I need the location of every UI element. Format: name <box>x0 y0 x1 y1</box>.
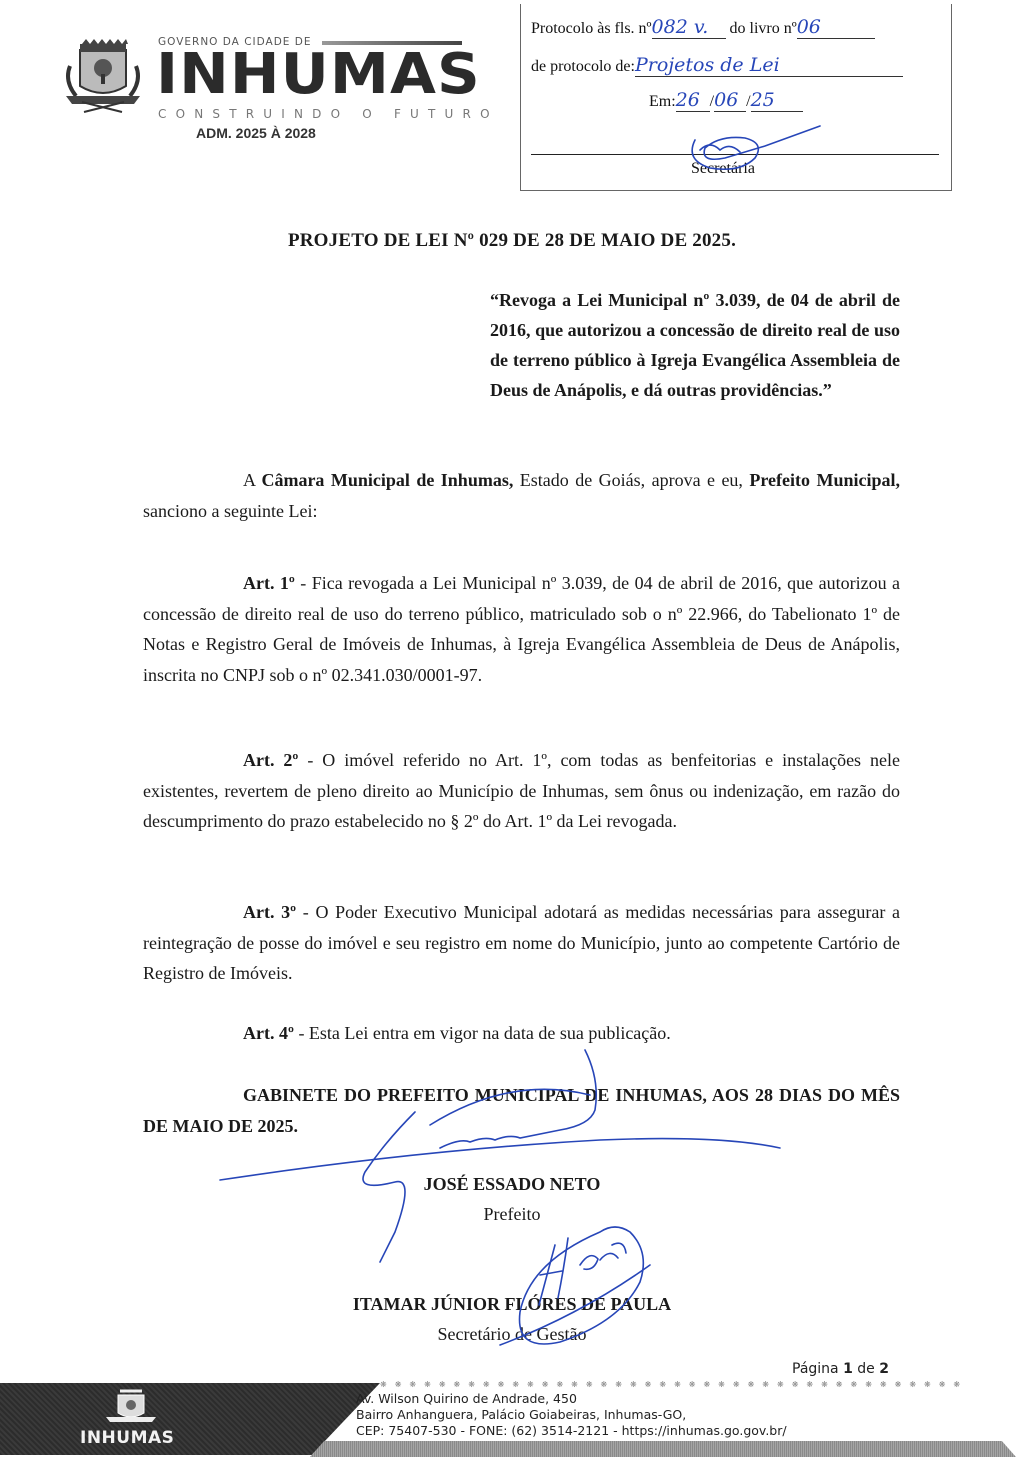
article-label: Art. 4º <box>243 1023 294 1043</box>
handwritten-signatures <box>0 0 1024 1458</box>
protocol-date-year: 25 <box>751 89 803 112</box>
document-ementa: “Revoga a Lei Municipal nº 3.039, de 04 … <box>490 285 900 405</box>
document-title: PROJETO DE LEI Nº 029 DE 28 DE MAIO DE 2… <box>0 230 1024 252</box>
page-total: 2 <box>879 1361 889 1377</box>
protocol-signature-label: Secretária <box>691 160 755 178</box>
page-number: Página 1 de 2 <box>792 1361 889 1377</box>
signatory-2-name: ITAMAR JÚNIOR FLÓRES DE PAULA <box>0 1294 1024 1315</box>
footer-decorative-band <box>310 1441 1016 1457</box>
page-current: 1 <box>843 1361 853 1377</box>
protocol-date-month: 06 <box>714 89 746 112</box>
article-text: - Esta Lei entra em vigor na data de sua… <box>294 1023 671 1043</box>
preamble-text: Estado de Goiás, aprova e eu, <box>513 470 749 490</box>
footer-address: Av. Wilson Quirino de Andrade, 450 Bairr… <box>356 1391 787 1439</box>
article-label: Art. 1º <box>243 573 295 593</box>
address-line-3: CEP: 75407-530 - FONE: (62) 3514-2121 - … <box>356 1423 787 1439</box>
article-2: Art. 2º - O imóvel referido no Art. 1º, … <box>143 745 900 837</box>
administration-period: ADM. 2025 À 2028 <box>196 125 316 141</box>
protocol-stamp-box: Protocolo às fls. nº082 v. do livro nº06… <box>520 4 952 191</box>
protocol-date-line: Em:26/06/25 <box>649 89 803 112</box>
protocol-date-day: 26 <box>676 89 710 112</box>
address-line-2: Bairro Anhanguera, Palácio Goiabeiras, I… <box>356 1407 787 1423</box>
protocol-folio-label: Protocolo às fls. nº <box>531 20 652 37</box>
article-3: Art. 3º - O Poder Executivo Municipal ad… <box>143 897 900 989</box>
protocol-signature-line <box>531 154 939 155</box>
decorative-dots: ❋❋❋❋❋❋❋❋❋❋❋❋❋❋❋❋❋❋❋❋❋❋❋❋❋❋❋❋❋❋❋❋❋❋❋❋❋❋❋❋ <box>380 1380 1020 1388</box>
city-motto: CONSTRUINDO O FUTURO <box>158 107 499 121</box>
signatory-2-role: Secretário de Gestão <box>0 1324 1024 1345</box>
preamble-text: A <box>243 470 261 490</box>
closing-statement: GABINETE DO PREFEITO MUNICIPAL DE INHUMA… <box>143 1080 900 1142</box>
article-label: Art. 3º <box>243 902 296 922</box>
preamble-text: sanciono a seguinte Lei: <box>143 501 317 521</box>
protocol-folio-value: 082 v. <box>652 16 726 39</box>
footer-coat-of-arms-icon <box>100 1389 162 1425</box>
city-coat-of-arms-icon <box>62 36 144 114</box>
signatory-1-name: JOSÉ ESSADO NETO <box>0 1174 1024 1195</box>
preamble-chamber: Câmara Municipal de Inhumas, <box>261 470 513 490</box>
footer-city-name: INHUMAS <box>80 1428 174 1448</box>
article-4: Art. 4º - Esta Lei entra em vigor na dat… <box>143 1018 900 1049</box>
protocol-type-value: Projetos de Lei <box>635 54 903 77</box>
page-separator: de <box>857 1361 875 1377</box>
protocol-book-value: 06 <box>797 16 875 39</box>
article-1: Art. 1º - Fica revogada a Lei Municipal … <box>143 568 900 690</box>
protocol-date-label: Em: <box>649 93 676 110</box>
address-line-1: Av. Wilson Quirino de Andrade, 450 <box>356 1391 787 1407</box>
preamble-paragraph: A Câmara Municipal de Inhumas, Estado de… <box>143 465 900 526</box>
city-name-logo: INHUMAS <box>156 46 481 104</box>
protocol-type-line: de protocolo de:Projetos de Lei <box>531 54 903 77</box>
page-label: Página <box>792 1361 839 1377</box>
article-label: Art. 2º <box>243 750 298 770</box>
protocol-book-label: do livro nº <box>730 20 797 37</box>
protocol-folio-line: Protocolo às fls. nº082 v. do livro nº06 <box>531 16 875 39</box>
protocol-type-label: de protocolo de: <box>531 58 635 75</box>
signatory-1-role: Prefeito <box>0 1204 1024 1225</box>
preamble-mayor: Prefeito Municipal, <box>749 470 900 490</box>
